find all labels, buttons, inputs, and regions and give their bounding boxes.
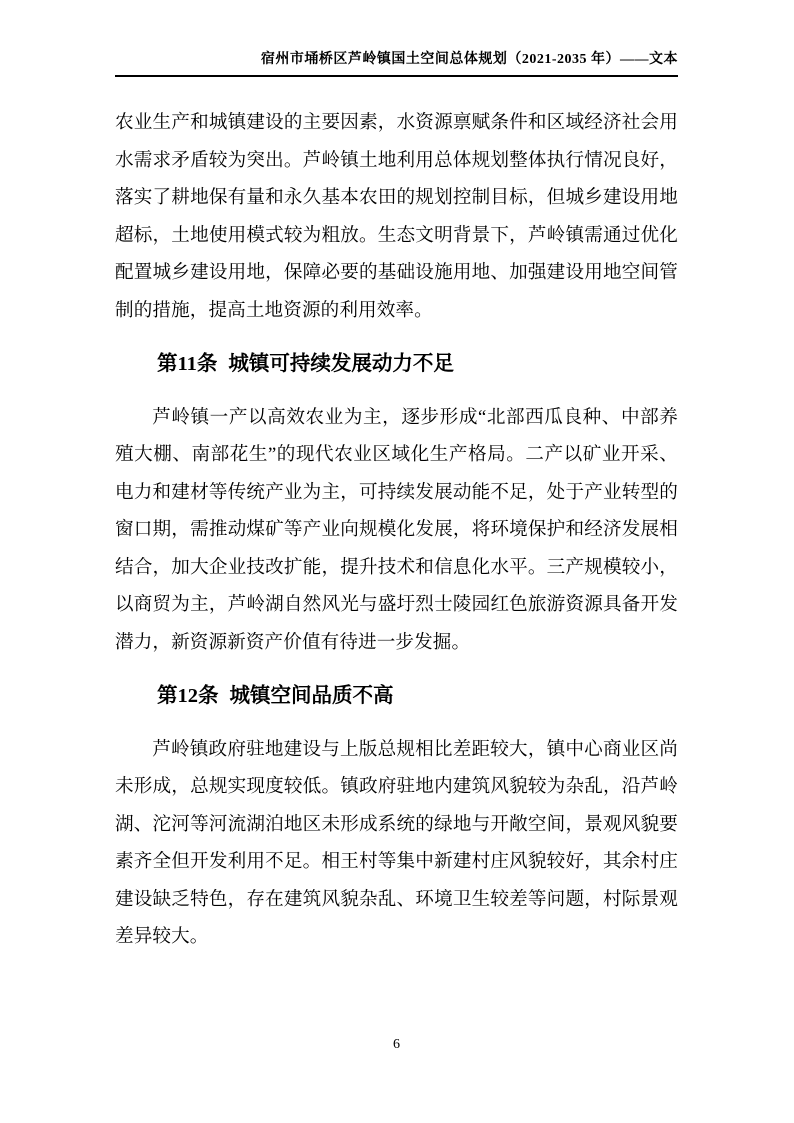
article-11-label: 第11条 <box>157 353 217 375</box>
page-header: 宿州市埇桥区芦岭镇国土空间总体规划（2021-2035 年）——文本 <box>115 50 678 77</box>
article-11-title: 城镇可持续发展动力不足 <box>228 353 454 375</box>
article-11-heading: 第11条城镇可持续发展动力不足 <box>115 346 678 384</box>
page-header-title: 宿州市埇桥区芦岭镇国土空间总体规划（2021-2035 年）——文本 <box>261 52 678 67</box>
document-page: 宿州市埇桥区芦岭镇国土空间总体规划（2021-2035 年）——文本 农业生产和… <box>0 0 794 1123</box>
article-12-heading: 第12条城镇空间品质不高 <box>115 678 678 716</box>
paragraph-article-12: 芦岭镇政府驻地建设与上版总规相比差距较大，镇中心商业区尚未形成，总规实现度较低。… <box>115 731 678 956</box>
article-12-label: 第12条 <box>157 685 219 707</box>
article-12-title: 城镇空间品质不高 <box>230 685 394 707</box>
page-footer: 6 <box>115 1036 678 1054</box>
paragraph-intro: 农业生产和城镇建设的主要因素，水资源禀赋条件和区域经济社会用水需求矛盾较为突出。… <box>115 104 678 329</box>
page-content: 农业生产和城镇建设的主要因素，水资源禀赋条件和区域经济社会用水需求矛盾较为突出。… <box>115 104 678 956</box>
paragraph-article-11: 芦岭镇一产以高效农业为主，逐步形成“北部西瓜良种、中部养殖大棚、南部花生”的现代… <box>115 399 678 662</box>
page-number: 6 <box>393 1037 400 1052</box>
